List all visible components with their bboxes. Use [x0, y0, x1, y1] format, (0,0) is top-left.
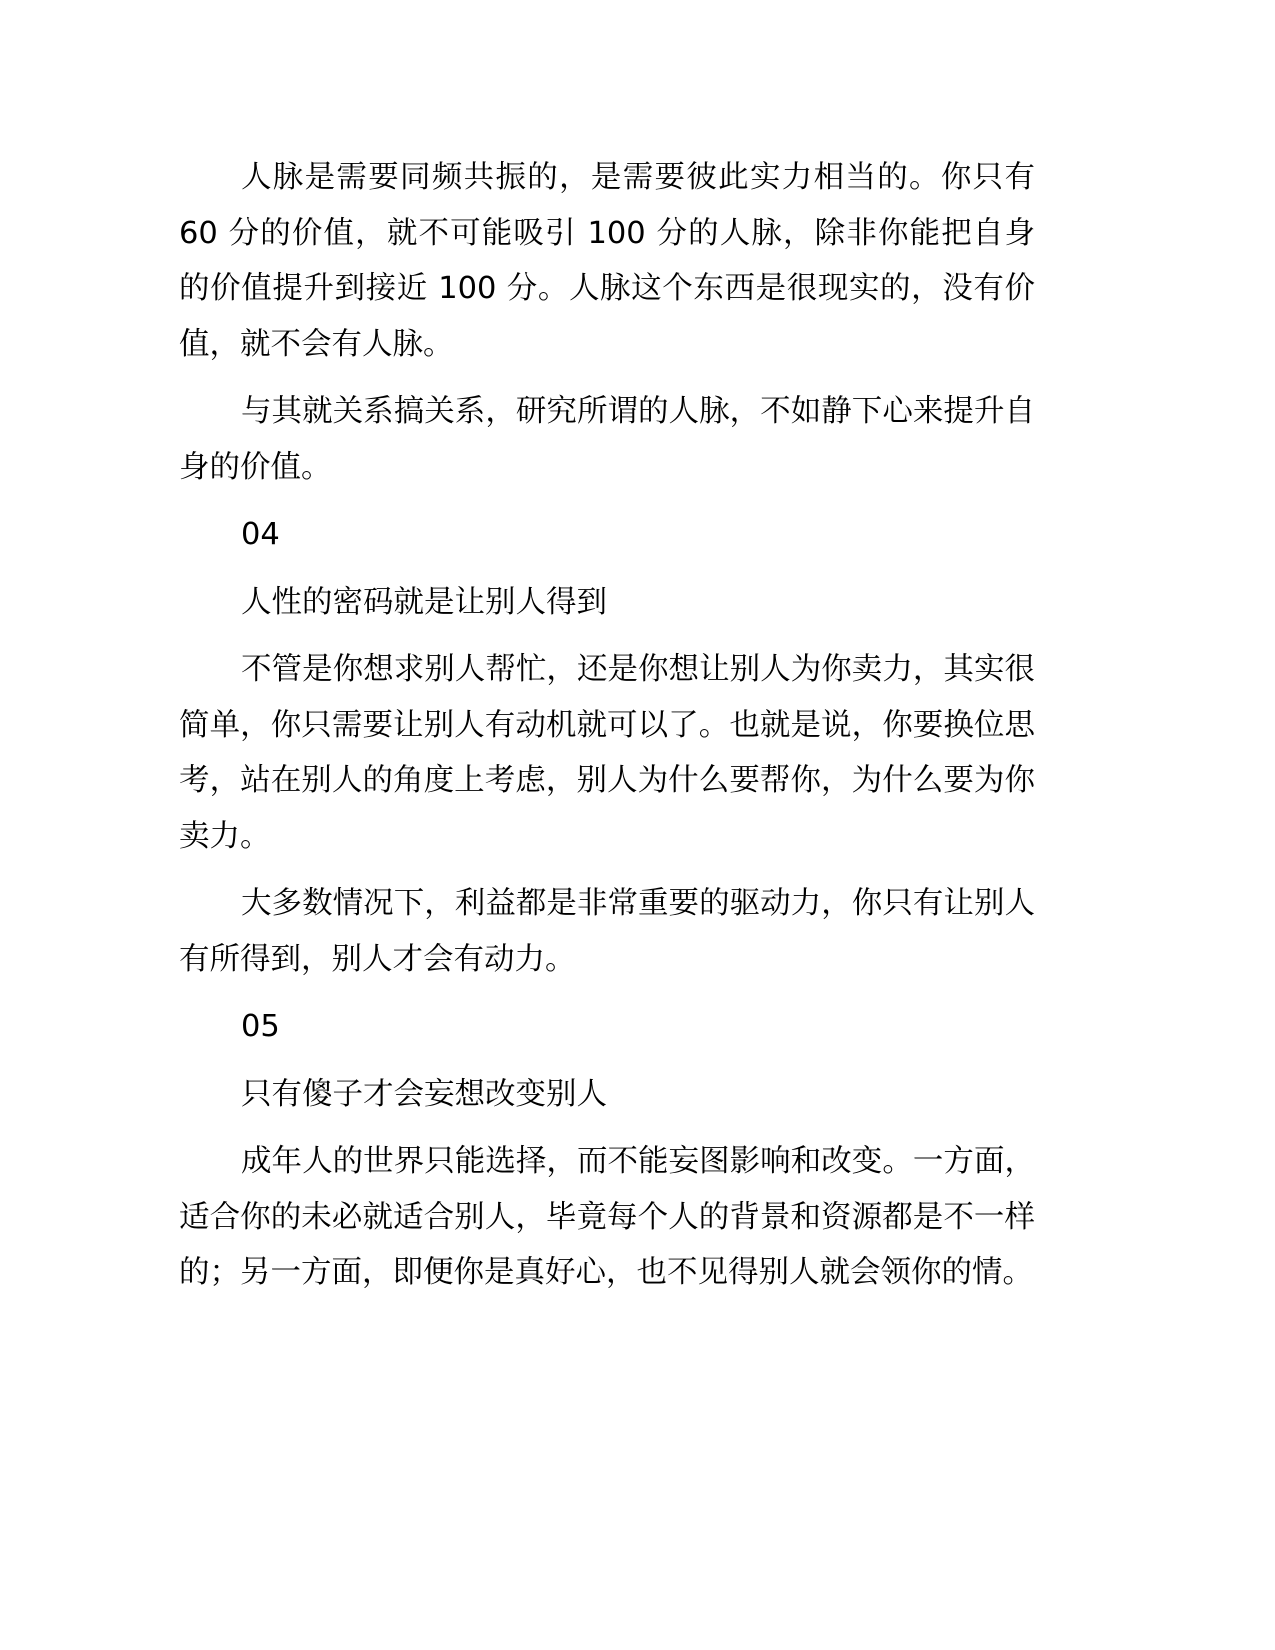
spacer	[179, 495, 1035, 507]
spacer	[179, 864, 1035, 876]
paragraph-adult-world: 成年人的世界只能选择，而不能妄图影响和改变。一方面，适合你的未必就适合别人，毕竟…	[179, 1134, 1035, 1301]
section-title-05: 只有傻子才会妄想改变别人	[179, 1067, 1035, 1123]
paragraph-improve-self: 与其就关系搞关系，研究所谓的人脉，不如静下心来提升自身的价值。	[179, 384, 1035, 495]
section-title-04: 人性的密码就是让别人得到	[179, 575, 1035, 631]
spacer	[179, 372, 1035, 384]
spacer	[179, 1055, 1035, 1067]
spacer	[179, 1122, 1035, 1134]
paragraph-value-match: 人脉是需要同频共振的，是需要彼此实力相当的。你只有60 分的价值，就不可能吸引 …	[179, 150, 1035, 372]
document-page: 人脉是需要同频共振的，是需要彼此实力相当的。你只有60 分的价值，就不可能吸引 …	[179, 150, 1035, 1301]
section-number-05: 05	[179, 999, 1035, 1055]
paragraph-motivation: 不管是你想求别人帮忙，还是你想让别人为你卖力，其实很简单，你只需要让别人有动机就…	[179, 642, 1035, 864]
spacer	[179, 987, 1035, 999]
spacer	[179, 630, 1035, 642]
section-number-04: 04	[179, 507, 1035, 563]
paragraph-interests: 大多数情况下，利益都是非常重要的驱动力，你只有让别人有所得到，别人才会有动力。	[179, 876, 1035, 987]
spacer	[179, 563, 1035, 575]
